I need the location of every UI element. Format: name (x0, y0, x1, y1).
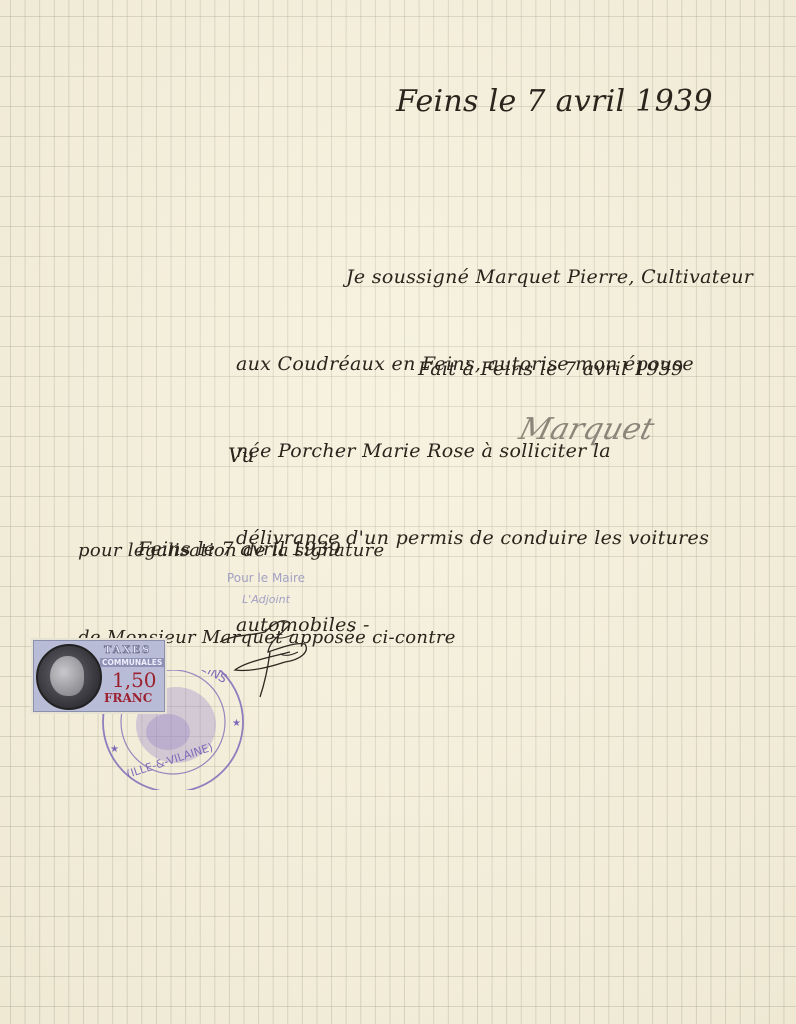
svg-text:★: ★ (110, 744, 119, 755)
mayor-stamp-line: Pour le Maire (216, 567, 316, 589)
marianne-coin-icon (36, 644, 102, 710)
body-line: Je soussigné Marquet Pierre, Cultivateur (236, 263, 753, 292)
tax-stamp-subtitle: COMMUNALES (100, 658, 164, 667)
adjoint-stamp-line: L'Adjoint (216, 589, 316, 611)
svg-text:★: ★ (232, 718, 241, 729)
header-date: Feins le 7 avril 1939 (396, 84, 713, 119)
vu-heading: Vu (228, 443, 255, 467)
body-line: née Porcher Marie Rose à solliciter la (236, 437, 753, 466)
tax-stamp-unit: FRANC (104, 691, 152, 705)
tax-stamp-amount: 1,50 (112, 670, 157, 690)
signature-marquet: Marquet (515, 412, 658, 447)
tax-stamp: TAXES COMMUNALES 1,50 FRANC (33, 640, 165, 712)
done-at-line: Fait à Feins le 7 avril 1939 (418, 358, 683, 380)
legalization-date: Feins le 7 avril 1939 (138, 538, 341, 560)
svg-text:FEINS: FEINS (193, 670, 230, 686)
tax-stamp-title: TAXES (104, 645, 151, 656)
mayor-stamp: Pour le Maire L'Adjoint (216, 567, 316, 611)
